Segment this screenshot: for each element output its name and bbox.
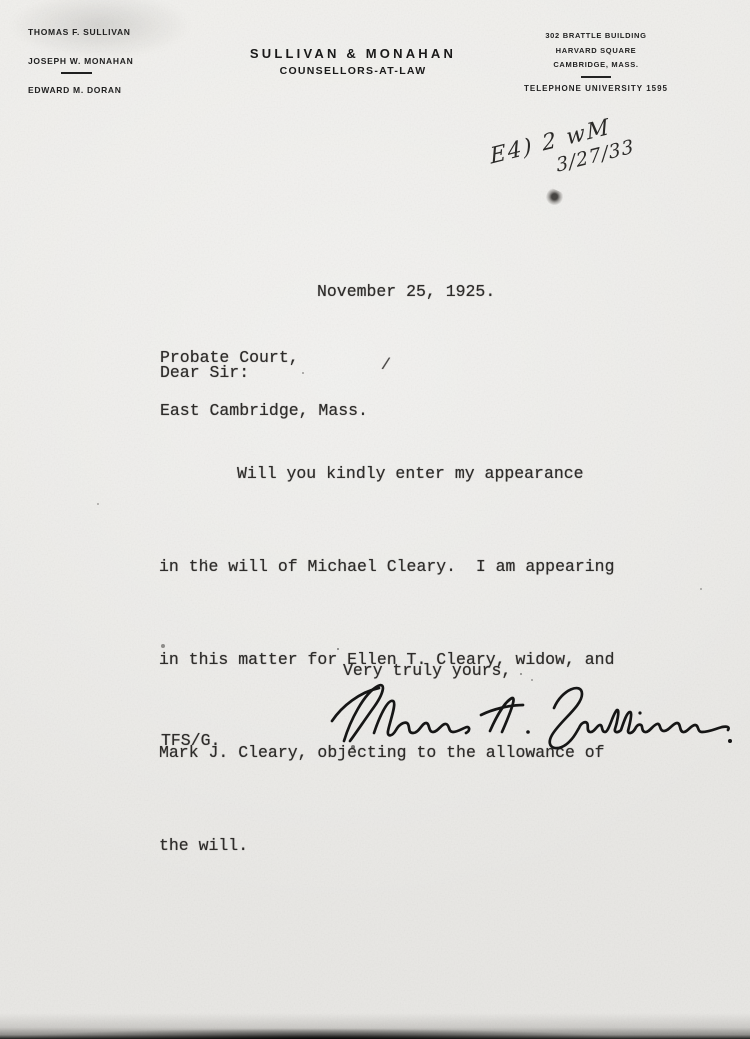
- signature: [330, 677, 738, 757]
- letterhead-address: 302 BRATTLE BUILDING HARVARD SQUARE CAMB…: [515, 31, 677, 93]
- letter-body: Will you kindly enter my appearance in t…: [159, 396, 644, 923]
- telephone-line: TELEPHONE UNIVERSITY 1595: [515, 84, 677, 93]
- scan-bottom-shadow: [0, 1013, 750, 1039]
- body-line: in the will of Michael Cleary. I am appe…: [159, 551, 644, 582]
- divider: [61, 72, 92, 74]
- body-line: the will.: [159, 830, 644, 861]
- handwritten-annotation: E4) 2 wM 3/27/33: [486, 96, 682, 227]
- divider: [581, 76, 611, 78]
- attorney-name: THOMAS F. SULLIVAN: [28, 27, 131, 37]
- body-line: Will you kindly enter my appearance: [159, 458, 644, 489]
- signature-ink-strokes: [330, 677, 738, 757]
- address-line: CAMBRIDGE, MASS.: [515, 60, 677, 69]
- salutation: Dear Sir:: [160, 363, 249, 382]
- attorney-name: JOSEPH W. MONAHAN: [28, 56, 133, 66]
- firm-subtitle: COUNSELLORS-AT-LAW: [233, 65, 473, 77]
- stray-typed-mark: /: [380, 356, 391, 375]
- letterhead-firm: SULLIVAN & MONAHAN COUNSELLORS-AT-LAW: [233, 46, 473, 77]
- scan-specks: [205, 560, 207, 562]
- firm-name: SULLIVAN & MONAHAN: [233, 46, 473, 61]
- address-line: HARVARD SQUARE: [515, 46, 677, 55]
- reference-initials: TFS/G.: [161, 731, 220, 750]
- letter-date: November 25, 1925.: [317, 282, 495, 301]
- attorney-name: EDWARD M. DORAN: [28, 85, 122, 95]
- address-line: 302 BRATTLE BUILDING: [515, 31, 677, 40]
- scanned-letter-page: THOMAS F. SULLIVAN JOSEPH W. MONAHAN EDW…: [0, 0, 750, 1039]
